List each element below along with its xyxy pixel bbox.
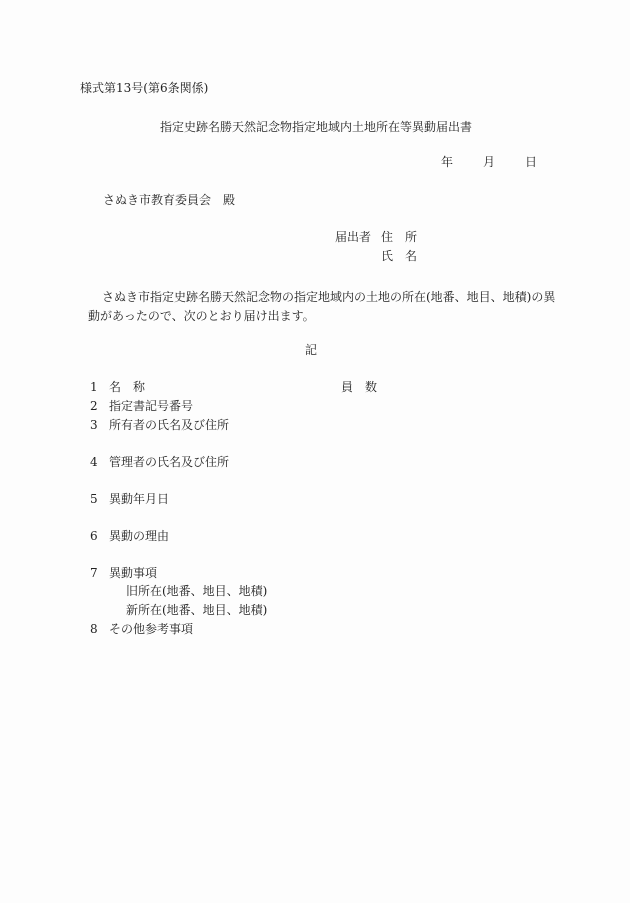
document-title: 指定史跡名勝天然記念物指定地域内土地所在等異動届出書 — [160, 121, 472, 133]
item-number: 4 — [90, 456, 109, 468]
item-number: 2 — [90, 400, 109, 412]
applicant-address-label: 住 所 — [381, 231, 417, 243]
sub-item-old-location: 旧所在(地番、地目、地積) — [126, 585, 267, 597]
item-label: 名 称 — [109, 380, 145, 394]
date-year: 年 — [441, 156, 453, 168]
ki-heading: 記 — [305, 344, 317, 356]
item-number: 5 — [90, 493, 109, 505]
item-label: 指定書記号番号 — [109, 399, 193, 413]
item-manager: 4管理者の氏名及び住所 — [90, 456, 229, 468]
item-number: 6 — [90, 530, 109, 542]
applicant-name-label: 氏 名 — [381, 250, 417, 262]
form-number: 様式第13号(第6条関係) — [80, 82, 208, 94]
item-certificate-number: 2指定書記号番号 — [90, 400, 193, 412]
item-label: 所有者の氏名及び住所 — [109, 418, 229, 432]
item-label: 異動の理由 — [109, 529, 169, 543]
item-number: 1 — [90, 381, 109, 393]
item-owner: 3所有者の氏名及び住所 — [90, 419, 229, 431]
item-change-details: 7異動事項 — [90, 567, 157, 579]
item-label: 異動年月日 — [109, 492, 169, 506]
item-number: 8 — [90, 623, 109, 635]
count-label: 員 数 — [341, 381, 377, 393]
item-number: 7 — [90, 567, 109, 579]
body-paragraph: さぬき市指定史跡名勝天然記念物の指定地域内の土地の所在(地番、地目、地積)の異動… — [88, 288, 558, 326]
addressee: さぬき市教育委員会 殿 — [103, 194, 235, 206]
item-change-date: 5異動年月日 — [90, 493, 169, 505]
item-change-reason: 6異動の理由 — [90, 530, 169, 542]
item-label: 管理者の氏名及び住所 — [109, 455, 229, 469]
item-other-notes: 8その他参考事項 — [90, 623, 193, 635]
item-label: 異動事項 — [109, 566, 157, 580]
item-name: 1名 称 — [90, 381, 145, 393]
date-month: 月 — [483, 156, 495, 168]
sub-item-new-location: 新所在(地番、地目、地積) — [126, 604, 267, 616]
applicant-label: 届出者 — [335, 231, 371, 243]
date-line: 年月日 — [441, 156, 537, 168]
date-day: 日 — [525, 156, 537, 168]
item-number: 3 — [90, 419, 109, 431]
item-label: その他参考事項 — [109, 622, 193, 636]
